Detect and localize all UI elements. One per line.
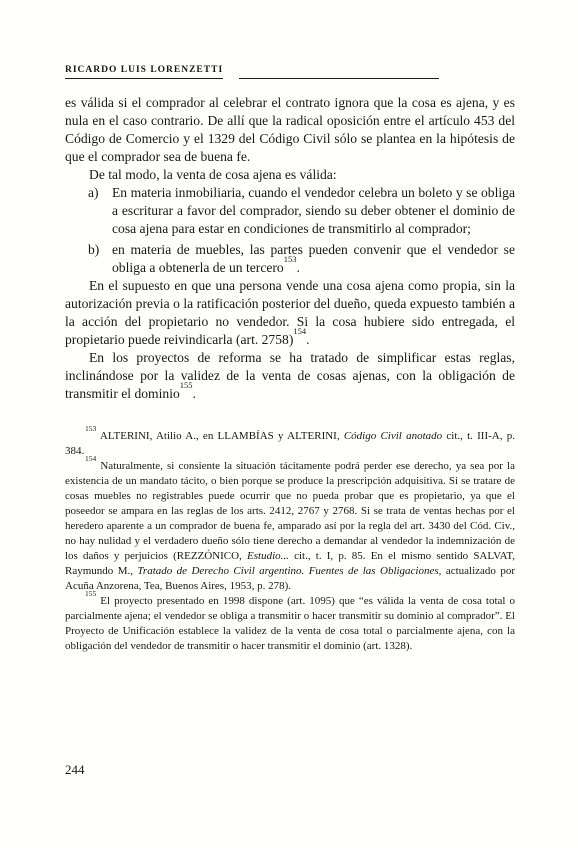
- list-item-b: b)en materia de muebles, las partes pued…: [65, 241, 515, 277]
- footnote-155-marker: 155: [85, 589, 96, 598]
- paragraph-proyectos-text: En los proyectos de reforma se ha tratad…: [65, 350, 515, 401]
- ordered-list: a)En materia inmobiliaria, cuando el ven…: [65, 184, 515, 277]
- page-number: 244: [65, 762, 85, 778]
- footnote-153-marker: 153: [85, 424, 96, 433]
- footnote-154-title-2: Tratado de Derecho Civil argentino. Fuen…: [137, 565, 438, 577]
- footnote-ref-154: 154: [293, 326, 306, 336]
- footnote-ref-153: 153: [284, 254, 297, 264]
- list-item-a: a)En materia inmobiliaria, cuando el ven…: [65, 184, 515, 238]
- footnote-154-text: Naturalmente, si consiente la situación …: [65, 460, 515, 562]
- footnote-154-marker: 154: [85, 454, 96, 463]
- running-header: RICARDO LUIS LORENZETTI: [65, 62, 515, 79]
- paragraph-supuesto-period: .: [306, 332, 309, 347]
- scanned-page: RICARDO LUIS LORENZETTI es válida si el …: [0, 0, 578, 848]
- header-rule: [239, 78, 439, 79]
- page-body: es válida si el comprador al celebrar el…: [65, 94, 515, 403]
- list-item-b-label: b): [88, 241, 99, 259]
- running-head-author: RICARDO LUIS LORENZETTI: [65, 65, 223, 79]
- footnote-153-text: ALTERINI, Atilio A., en LLAMBÍAS y ALTER…: [96, 430, 344, 442]
- paragraph-proyectos: En los proyectos de reforma se ha tratad…: [65, 349, 515, 403]
- list-item-b-period: .: [296, 260, 299, 275]
- paragraph-supuesto-text: En el supuesto en que una persona vende …: [65, 278, 515, 347]
- paragraph-intro-list: De tal modo, la venta de cosa ajena es v…: [65, 166, 515, 184]
- list-item-a-label: a): [88, 184, 99, 202]
- footnote-153: 153 ALTERINI, Atilio A., en LLAMBÍAS y A…: [65, 429, 515, 459]
- footnote-155: 155 El proyecto presentado en 1998 dispo…: [65, 594, 515, 654]
- footnote-153-title: Código Civil anotado: [344, 430, 442, 442]
- footnote-154: 154 Naturalmente, si consiente la situac…: [65, 459, 515, 594]
- page-content: RICARDO LUIS LORENZETTI es válida si el …: [65, 62, 515, 654]
- paragraph-proyectos-period: .: [193, 386, 196, 401]
- footnote-155-text: El proyecto presentado en 1998 dispone (…: [65, 595, 515, 652]
- footnote-154-title-1: Estudio...: [247, 550, 289, 562]
- paragraph-supuesto: En el supuesto en que una persona vende …: [65, 277, 515, 349]
- list-item-b-text: en materia de muebles, las partes pueden…: [112, 242, 515, 275]
- footnote-ref-155: 155: [180, 380, 193, 390]
- list-item-a-text: En materia inmobiliaria, cuando el vende…: [112, 185, 515, 236]
- footnotes-block: 153 ALTERINI, Atilio A., en LLAMBÍAS y A…: [65, 429, 515, 654]
- paragraph-continuation: es válida si el comprador al celebrar el…: [65, 94, 515, 166]
